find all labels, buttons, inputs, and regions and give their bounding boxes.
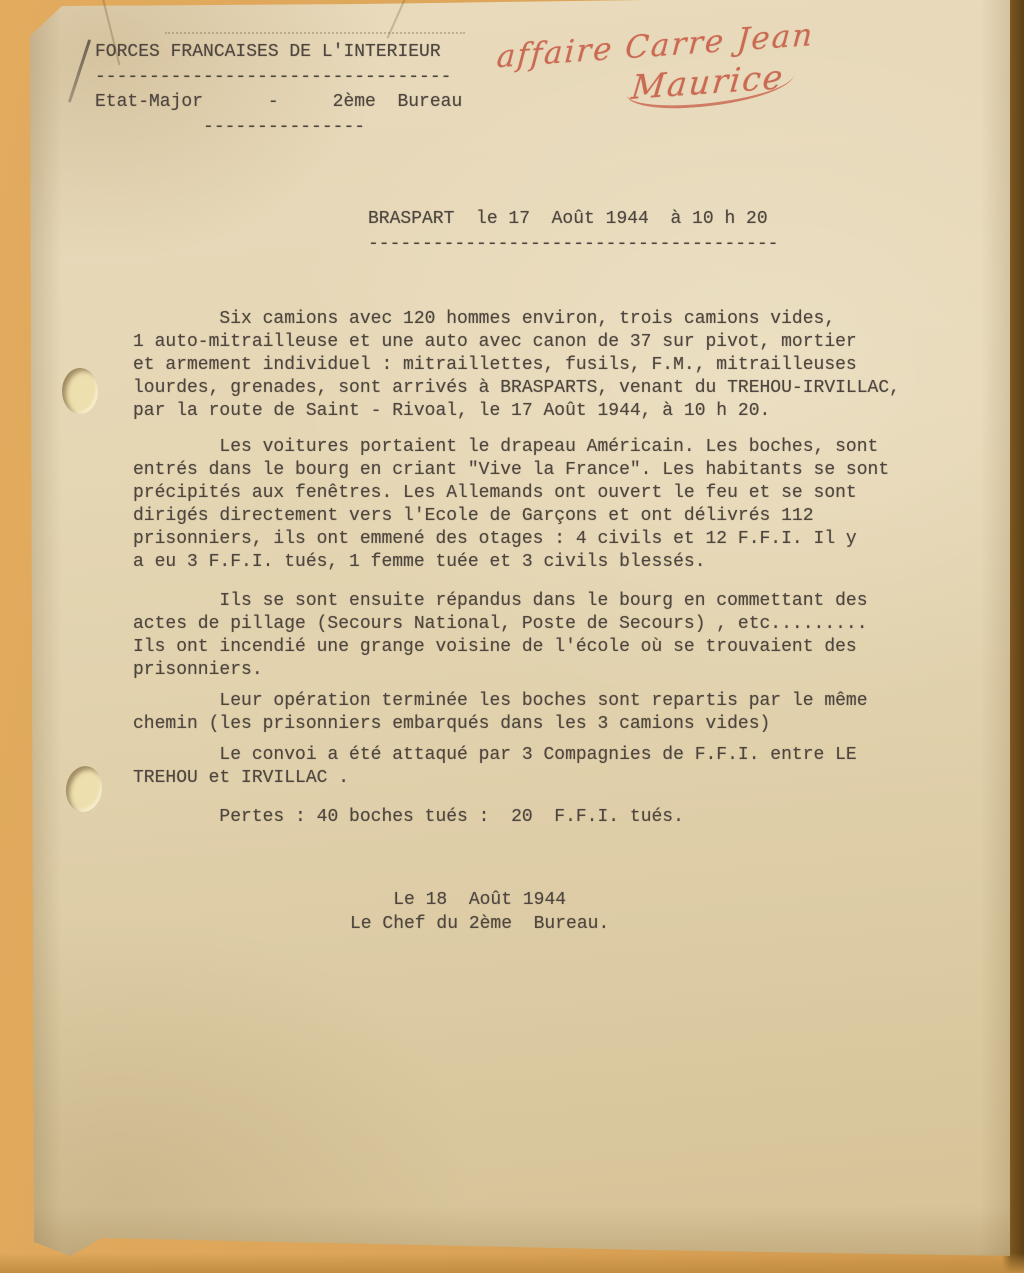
dateline-rule: -------------------------------------- [368, 234, 778, 254]
faint-dotted-line [165, 32, 465, 34]
paragraph-entry: Les voitures portaient le drapeau Améric… [133, 436, 889, 574]
letterhead: FORCES FRANCAISES DE L'INTERIEUR -------… [95, 40, 462, 140]
desk-shadow-bottom [0, 1253, 1024, 1273]
paragraph-pillage: Ils se sont ensuite répandus dans le bou… [133, 590, 868, 682]
dateline-text: BRASPART le 17 Août 1944 à 10 h 20 [368, 209, 768, 229]
signature-block: Le 18 Août 1944 Le Chef du 2ème Bureau. [350, 888, 609, 936]
punch-hole-top [62, 368, 98, 414]
letterhead-dept-rule: --------------- [95, 117, 365, 137]
paragraph-attack: Le convoi a été attaqué par 3 Compagnies… [133, 744, 857, 790]
paragraph-departure: Leur opération terminée les boches sont … [133, 690, 868, 736]
paragraph-losses: Pertes : 40 boches tués : 20 F.F.I. tués… [133, 806, 684, 829]
letterhead-rule: --------------------------------- [95, 67, 451, 87]
paragraph-arrival: Six camions avec 120 hommes environ, tro… [133, 308, 900, 423]
letterhead-dept: Etat-Major - 2ème Bureau [95, 92, 462, 112]
dateline: BRASPART le 17 Août 1944 à 10 h 20 -----… [368, 207, 778, 257]
letterhead-org: FORCES FRANCAISES DE L'INTERIEUR [95, 42, 441, 62]
